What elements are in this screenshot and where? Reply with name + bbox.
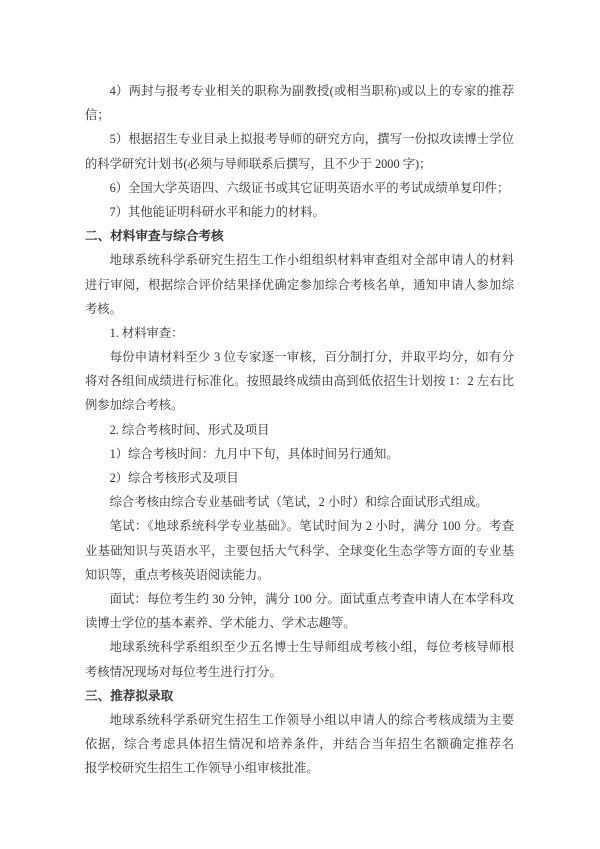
text-line: 2. 综合考核时间、形式及项目 xyxy=(85,418,514,442)
text-line: 报学校研究生招生工作领导小组审核批准。 xyxy=(85,756,514,780)
section-heading: 三、推荐拟录取 xyxy=(85,684,514,708)
text-line: 依据，综合考虑具体招生情况和培养条件，并结合当年招生名额确定推荐名单， xyxy=(85,732,514,756)
text-line: 面试：每位考生约 30 分钟，满分 100 分。面试重点考查申请人在本学科攻 xyxy=(85,587,514,611)
section-heading: 二、材料审查与综合考核 xyxy=(85,224,514,248)
text-line: 地球系统科学系研究生招生工作领导小组以申请人的综合考核成绩为主要 xyxy=(85,708,514,732)
text-line: 地球系统科学系组织至少五名博士生导师组成考核小组，每位考核导师根据 xyxy=(85,635,514,659)
document-content: 4）两封与报考专业相关的职称为副教授(或相当职称)或以上的专家的推荐信；5）根据… xyxy=(85,79,514,780)
text-line: 例参加综合考核。 xyxy=(85,393,514,417)
text-line: 7）其他能证明科研水平和能力的材料。 xyxy=(85,200,514,224)
text-line: 读博士学位的基本素养、学术能力、学术志趣等。 xyxy=(85,611,514,635)
text-line: 每份申请材料至少 3 位专家逐一审核，百分制打分，并取平均分，如有分组 xyxy=(85,345,514,369)
text-line: 将对各组间成绩进行标准化。按照最终成绩由高到低依招生计划按 1：2 左右比 xyxy=(85,369,514,393)
document-page: 4）两封与报考专业相关的职称为副教授(或相当职称)或以上的专家的推荐信；5）根据… xyxy=(0,0,600,849)
text-line: 信； xyxy=(85,103,514,127)
text-line: 1. 材料审查： xyxy=(85,321,514,345)
text-line: 6）全国大学英语四、六级证书或其它证明英语水平的考试成绩单复印件； xyxy=(85,176,514,200)
text-line: 进行审阅，根据综合评价结果择优确定参加综合考核名单，通知申请人参加综合 xyxy=(85,273,514,297)
text-line: 地球系统科学系研究生招生工作小组组织材料审查组对全部申请人的材料 xyxy=(85,248,514,272)
text-line: 业基础知识与英语水平，主要包括大气科学、全球变化生态学等方面的专业基础 xyxy=(85,539,514,563)
text-line: 笔试：《地球系统科学专业基础》。笔试时间为 2 小时，满分 100 分。考查专 xyxy=(85,514,514,538)
text-line: 5）根据招生专业目录上拟报考导师的研究方向，撰写一份拟攻读博士学位 xyxy=(85,127,514,151)
text-line: 知识等，重点考核英语阅读能力。 xyxy=(85,563,514,587)
text-line: 2）综合考核形式及项目 xyxy=(85,466,514,490)
text-line: 4）两封与报考专业相关的职称为副教授(或相当职称)或以上的专家的推荐 xyxy=(85,79,514,103)
text-line: 考核情况现场对每位考生进行打分。 xyxy=(85,660,514,684)
text-line: 的科学研究计划书(必须与导师联系后撰写，且不少于 2000 字)； xyxy=(85,152,514,176)
text-line: 考核。 xyxy=(85,297,514,321)
text-line: 综合考核由综合专业基础考试（笔试，2 小时）和综合面试形式组成。 xyxy=(85,490,514,514)
text-line: 1）综合考核时间：九月中下旬，具体时间另行通知。 xyxy=(85,442,514,466)
